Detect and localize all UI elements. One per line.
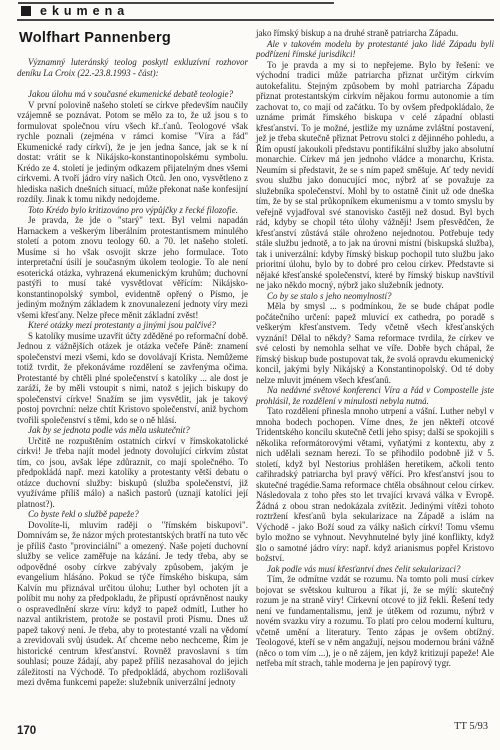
section-label: ekumena — [40, 4, 129, 18]
interview-question: Jak podle vás musí křesťantví dnes čelit… — [256, 564, 494, 575]
interview-question: Jakou úlohu má v současné ekumenické deb… — [17, 89, 248, 100]
issue-label: TT 5/93 — [454, 721, 488, 732]
interview-question: Jak by se jednota podle vás měla uskuteč… — [17, 425, 248, 436]
interview-question: Co byste řekl o službě papeže? — [17, 509, 248, 520]
header-rule — [17, 19, 494, 21]
interview-question: Ale v takovém modelu by protestanté jako… — [256, 39, 494, 60]
answer-continuation: jako římský biskup a na druhé straně pat… — [256, 28, 494, 39]
interview-answer: Dovolíte-li, mluvím raději o "římském bi… — [17, 520, 248, 688]
right-column: jako římský biskup a na druhé straně pat… — [256, 28, 494, 669]
interview-answer: Je pravda, že jde o "starý" text. Byl ve… — [17, 215, 248, 320]
interview-question: Toto Krédo bylo kritizováno pro výpůjčky… — [17, 205, 248, 216]
interview-question: Co by se stalo s jeho neomylností? — [256, 291, 494, 302]
interview-question: Na nedávné světové konferenci Víra a řád… — [256, 385, 494, 406]
interview-answer: S katolíky musíme uzavřít účty zděděné p… — [17, 331, 248, 426]
left-column: Významný luteránský teolog poskytl exklu… — [17, 57, 248, 688]
interview-question: Které otázky mezi protestanty a jinými j… — [17, 320, 248, 331]
interview-answer: Určitě ne rozpuštěním ostatních církví v… — [17, 436, 248, 510]
article-title: Wolfhart Pannenberg — [19, 30, 171, 46]
interview-answer: Měla by smysl ... s podmínkou, že se bud… — [256, 301, 494, 385]
interview-answer: Tím, že odmítne vzdát se rozumu. Na tomt… — [256, 574, 494, 669]
magazine-page: ekumena Wolfhart Pannenberg Významný lut… — [0, 0, 500, 750]
interview-answer: V první polovině našeho století se církv… — [17, 100, 248, 205]
article-intro: Významný luteránský teolog poskytl exklu… — [17, 57, 248, 78]
square-bullet-icon — [21, 6, 31, 16]
page-number: 170 — [17, 725, 36, 737]
interview-answer: Tato rozdělení přinesla mnoho utrpení a … — [256, 406, 494, 564]
interview-answer: To je pravda a my si to nepřejeme. Bylo … — [256, 60, 494, 291]
section-header: ekumena — [21, 4, 129, 18]
